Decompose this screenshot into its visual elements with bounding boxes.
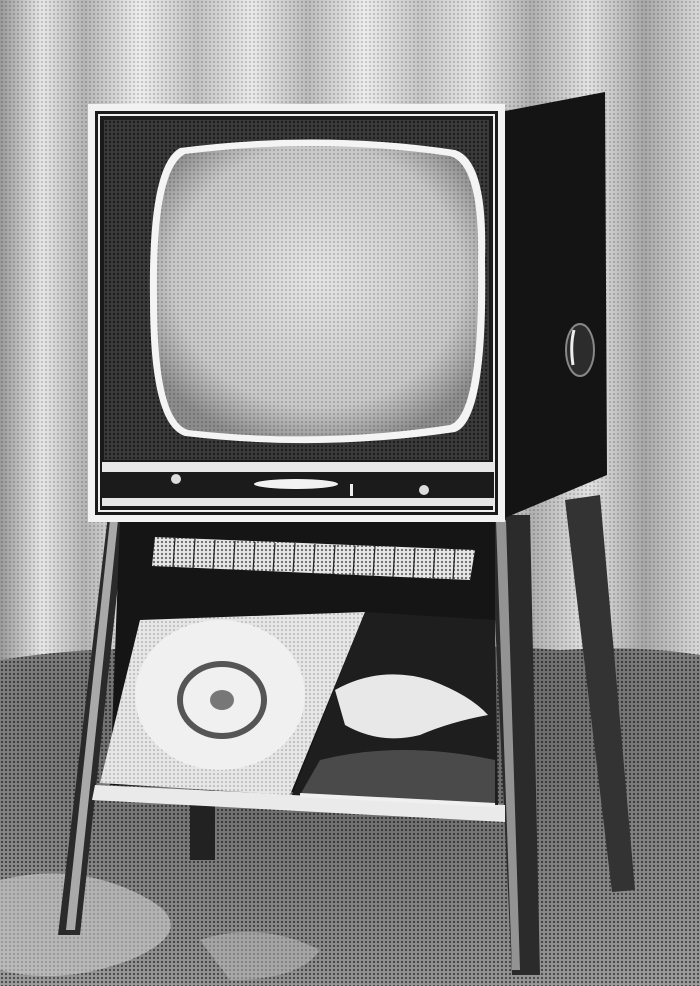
control-knob: [566, 324, 594, 376]
tv-photograph: [0, 0, 700, 986]
picture-tube-screen: [150, 139, 485, 443]
control-knob-left: [171, 474, 181, 484]
control-knob-right: [419, 485, 429, 495]
dial-indicator: [254, 479, 338, 489]
